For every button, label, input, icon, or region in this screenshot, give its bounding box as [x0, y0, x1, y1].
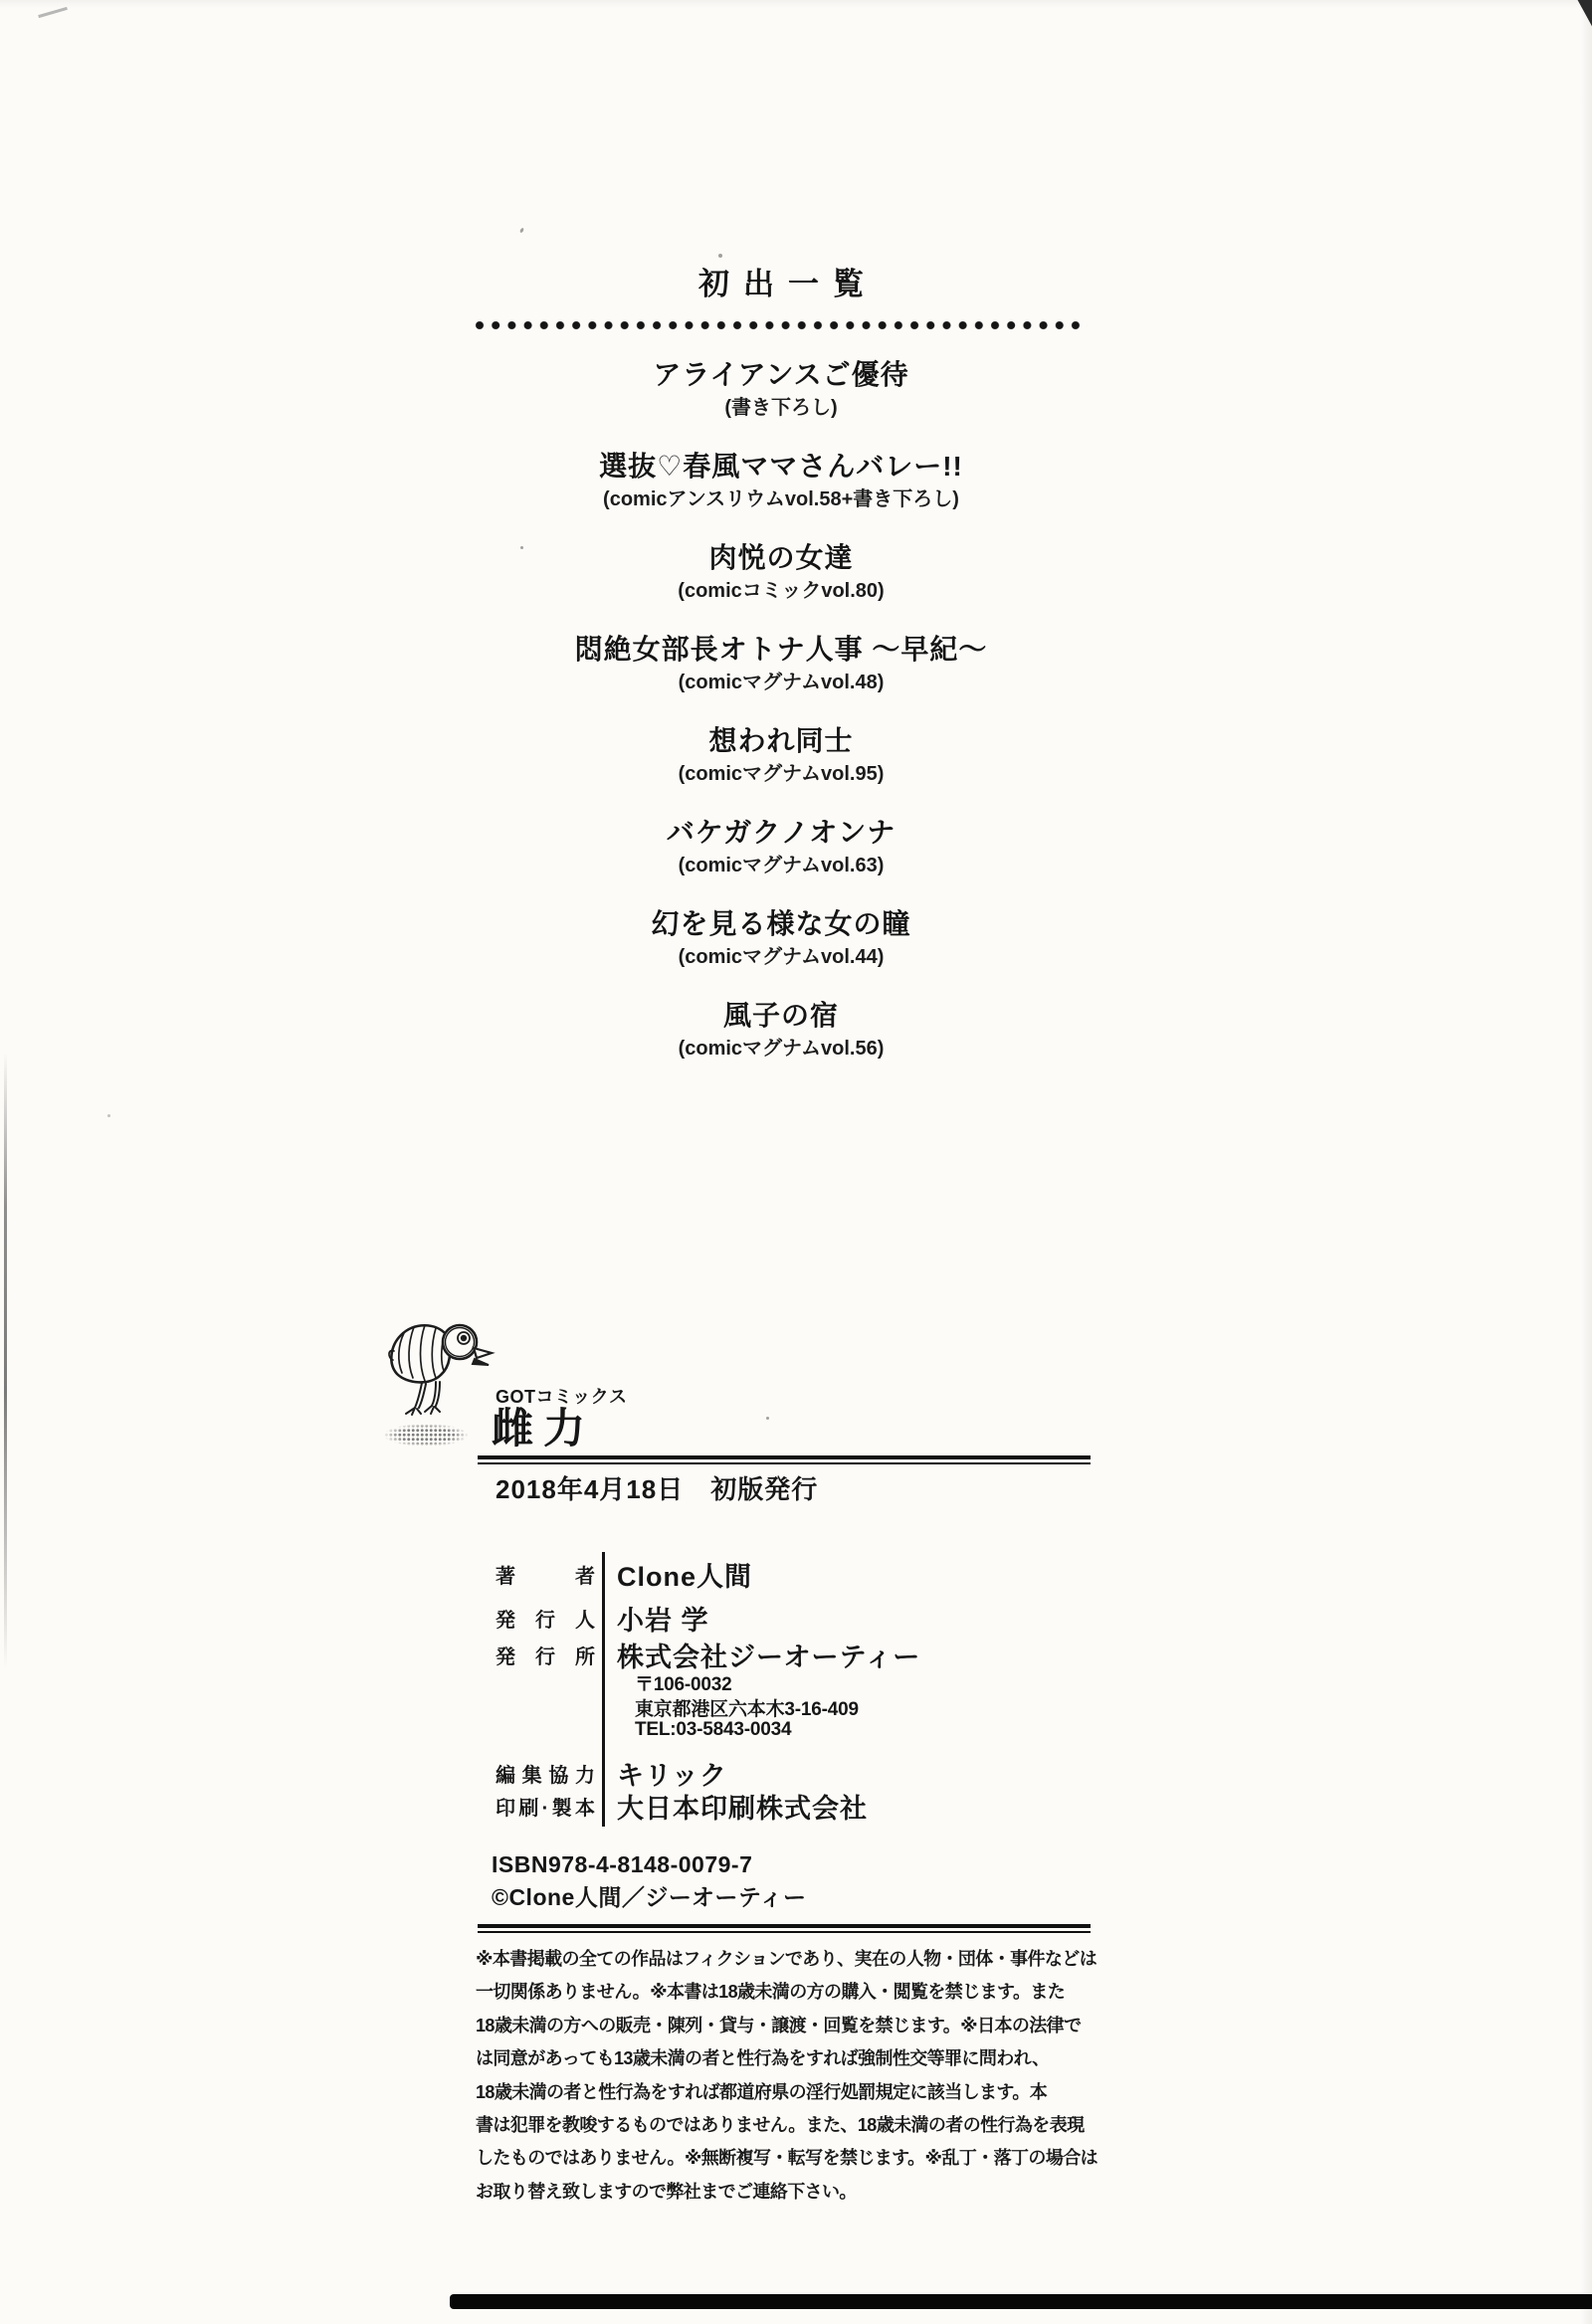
disclaimer-line: 一切関係ありません。※本書は18歳未満の方の購入・閲覧を禁じます。また	[476, 1976, 1094, 2009]
row-label: 編集協力	[496, 1759, 595, 1788]
entry-title: バケガクノオンナ	[475, 814, 1088, 851]
publication-entry: 風子の宿 (comicマグナムvol.56)	[475, 997, 1088, 1065]
bottom-scan-bar	[450, 2294, 1592, 2309]
scan-speck	[718, 254, 722, 258]
entry-source: (comicマグナムvol.56)	[475, 1034, 1088, 1065]
isbn-text: ISBN978-4-8148-0079-7	[492, 1851, 752, 1878]
scan-speck	[107, 1114, 110, 1117]
disclaimer-line: お取り替え致しますので弊社までご連絡下さい。	[476, 2176, 1094, 2209]
row-label: 発行人	[496, 1604, 595, 1633]
scan-speck	[766, 1417, 769, 1420]
publisher-street-address: 東京都港区六本木3-16-409	[635, 1694, 859, 1721]
row-value: 小岩 学	[617, 1599, 709, 1638]
double-rule-bottom	[478, 1924, 1091, 1933]
entry-title: 肉悦の女達	[475, 539, 1088, 576]
scan-speck	[519, 228, 524, 234]
scan-edge-shading	[0, 0, 1592, 8]
bird-shadow	[384, 1424, 468, 1447]
publisher-postal-code: 〒106-0032	[635, 1669, 732, 1696]
publication-entry: アライアンスご優待 (書き下ろし)	[475, 356, 1088, 424]
entry-source: (comicアンスリウムvol.58+書き下ろし)	[475, 484, 1088, 515]
entry-source: (comicマグナムvol.48)	[475, 668, 1088, 698]
table-divider-line	[602, 1552, 605, 1827]
copyright-text: ©Clone人間／ジーオーティー	[492, 1879, 807, 1912]
publication-entry: バケガクノオンナ (comicマグナムvol.63)	[475, 814, 1088, 881]
disclaimer-line: は同意があっても13歳未満の者と性行為をすれば強制性交等罪に問われ、	[476, 2042, 1094, 2075]
row-label: 著者	[496, 1560, 595, 1589]
publication-entry: 悶絶女部長オトナ人事 ～早紀～ (comicマグナムvol.48)	[475, 631, 1088, 698]
entry-source: (comicマグナムvol.63)	[475, 851, 1088, 881]
entry-source: (comicコミックvol.80)	[475, 576, 1088, 607]
disclaimer-block: ※本書掲載の全ての作品はフィクションであり、実在の人物・団体・事件などは 一切関…	[476, 1943, 1094, 2209]
row-value: Clone人間	[617, 1555, 752, 1594]
scan-edge-shading	[1580, 0, 1592, 2324]
scanned-colophon-page: 初出一覧 アライアンスご優待 (書き下ろし) 選抜♡春風ママさんバレー!! (c…	[0, 0, 1592, 2324]
scan-crease-line	[4, 1053, 7, 1669]
dotted-divider	[475, 320, 1088, 330]
entry-source: (comicマグナムvol.95)	[475, 759, 1088, 790]
page-title: 初出一覧	[475, 265, 1088, 304]
bird-mascot-icon	[384, 1315, 497, 1419]
scan-scratch	[38, 7, 68, 18]
publication-list: アライアンスご優待 (書き下ろし) 選抜♡春風ママさんバレー!! (comicア…	[475, 356, 1088, 1065]
first-publication-section: 初出一覧 アライアンスご優待 (書き下ろし) 選抜♡春風ママさんバレー!! (c…	[475, 265, 1088, 1088]
colophon-table: 著者 Clone人間 発行人 小岩 学 発行所 株式会社ジーオーティー 〒106…	[496, 1552, 1112, 1831]
entry-title: 風子の宿	[475, 997, 1088, 1034]
disclaimer-line: 18歳未満の者と性行為をすれば都道府県の淫行処罰規定に該当します。本	[476, 2076, 1094, 2109]
row-label: 発行所	[496, 1641, 595, 1669]
entry-title: アライアンスご優待	[475, 356, 1088, 393]
row-value: 大日本印刷株式会社	[617, 1787, 868, 1826]
edition-date: 2018年4月18日 初版発行	[496, 1469, 818, 1506]
scan-speck	[520, 546, 523, 549]
disclaimer-line: 書は犯罪を教唆するものではありません。また、18歳未満の者の性行為を表現	[476, 2109, 1094, 2142]
entry-source: (書き下ろし)	[475, 393, 1088, 424]
publication-entry: 肉悦の女達 (comicコミックvol.80)	[475, 539, 1088, 607]
entry-title: 幻を見る様な女の瞳	[475, 905, 1088, 942]
publication-entry: 想われ同士 (comicマグナムvol.95)	[475, 722, 1088, 790]
disclaimer-line: ※本書掲載の全ての作品はフィクションであり、実在の人物・団体・事件などは	[476, 1943, 1094, 1976]
disclaimer-line: したものではありません。※無断複写・転写を禁じます。※乱丁・落丁の場合は	[476, 2142, 1094, 2175]
disclaimer-line: 18歳未満の方への販売・陳列・貸与・譲渡・回覧を禁じます。※日本の法律で	[476, 2010, 1094, 2042]
book-title: 雌力	[492, 1405, 595, 1452]
entry-source: (comicマグナムvol.44)	[475, 942, 1088, 973]
publisher-phone: TEL:03-5843-0034	[635, 1719, 791, 1741]
publication-entry: 選抜♡春風ママさんバレー!! (comicアンスリウムvol.58+書き下ろし)	[475, 448, 1088, 515]
entry-title: 悶絶女部長オトナ人事 ～早紀～	[475, 631, 1088, 668]
entry-title: 想われ同士	[475, 722, 1088, 759]
entry-title: 選抜♡春風ママさんバレー!!	[475, 448, 1088, 484]
row-label: 印刷·製本	[496, 1792, 595, 1821]
publication-entry: 幻を見る様な女の瞳 (comicマグナムvol.44)	[475, 905, 1088, 973]
double-rule-top	[478, 1455, 1091, 1464]
